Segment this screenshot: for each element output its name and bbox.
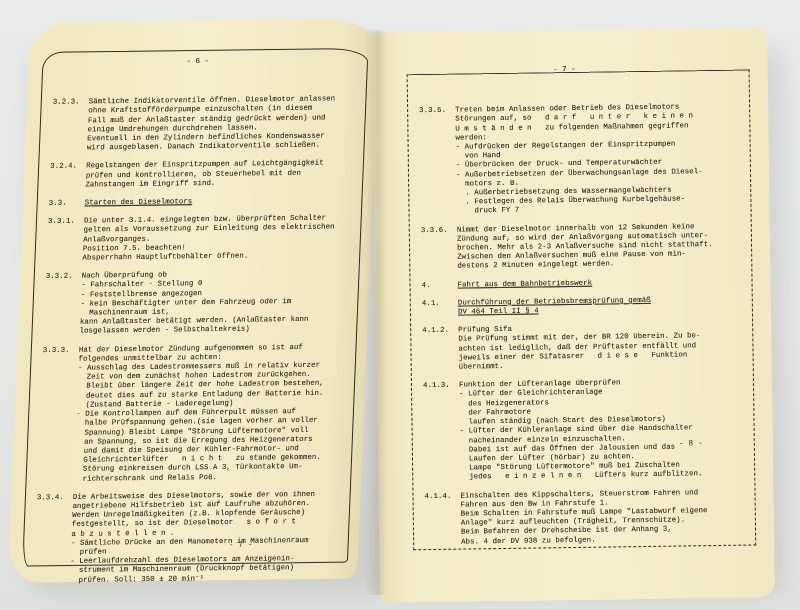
section-3-3-4: 3.3.4.Die Arbeitsweise des Dieselmotors,… — [33, 490, 324, 586]
section-3-3-6: 3.3.6.Nimmt der Dieselmotor innerhalb vo… — [421, 223, 713, 273]
text-line: wird ausgeblasen. Danach Indikatorventil… — [87, 142, 320, 153]
text-line: prüfen und kontrollieren, ob Steuerhebel… — [86, 169, 301, 180]
section-heading: Starten des Dieselmotors — [84, 198, 192, 207]
text-line: losgelassen werden - Selbsthaltekreis) — [79, 326, 250, 336]
text-line: jedes e i n z e l n e n Lüfters kurz auf… — [460, 471, 702, 482]
section-4-1: 4.1.Durchführung der Betriebsbremsprüfun… — [422, 296, 714, 318]
text-line: Anlaßvorganges. — [83, 235, 151, 244]
section-3-2-3: 3.2.3.Sämtliche Indikatorventile öffnen.… — [51, 95, 340, 154]
section-number: 4. — [422, 281, 458, 291]
text-line: Abs. 4 der DV 938 zu befolgen. — [461, 536, 596, 546]
text-line: - Aufdrücken der Regelstangen der Einspr… — [456, 141, 676, 152]
text-line: - Sämtliche Drücke an den Manometern im … — [71, 537, 309, 548]
section-3-3-1: 3.3.1.Die unter 3.1.4. eingelegten bzw. … — [46, 215, 335, 265]
text-line: - Lüfter der Kühleranlage sind über die … — [460, 425, 693, 436]
page-footer-number: - 7 - — [229, 541, 253, 550]
section-3-3-5: 3.3.5.Treten beim Anlassen oder Betrieb … — [419, 103, 712, 217]
section-number: 3.3.1. — [48, 218, 84, 228]
section-number: 4.1.2. — [422, 327, 458, 337]
section-3-3-2: 3.3.2.Nach Überprüfung ob- Fahrschalter … — [43, 270, 333, 338]
text-line: Hat der Dieselmotor Zündung aufgenommen … — [79, 344, 303, 355]
text-line: richterschrank und Relais Po6. — [73, 474, 217, 484]
text-line: - Lüfter der Gleichrichteranlage — [459, 389, 603, 399]
section-number: 4.1.3. — [423, 382, 459, 392]
text-line: Einschalten des Kippschalters, Steuerstr… — [460, 489, 698, 500]
text-line: Position 7.5. beachten! — [83, 244, 186, 253]
section-number: 4.1.4. — [424, 492, 460, 502]
text-line: Nach Überprüfung ob — [82, 272, 167, 281]
section-4-1-4: 4.1.4.Einschalten des Kippschalters, Ste… — [424, 489, 716, 548]
text-line: Fall muß der Anlaßtaster ständig gedrück… — [88, 114, 326, 125]
text-line: übernimmt. — [459, 363, 504, 372]
right-page: - 7 -3.3.5.Treten beim Anlassen oder Bet… — [372, 27, 775, 602]
text-line: motors z. B. — [456, 180, 519, 189]
text-line: a b z u s t e l l e n . — [71, 529, 174, 538]
section-number: 3.3.2. — [46, 273, 82, 283]
page-footer-number: - 8 - — [679, 439, 703, 448]
text-line: strument im Maschinenraum (Druckknopf be… — [70, 565, 294, 576]
text-line: Dabei ist auf das Öffnen der Jalousien u… — [460, 443, 675, 454]
text-line: gelten als Voraussetzung zur Einleitung … — [83, 224, 334, 235]
text-line: - kein Beschäftigter unter dem Fahrzeug … — [80, 298, 291, 309]
section-number: 3.3.6. — [421, 226, 457, 236]
section-3-3-3: 3.3.3.Hat der Dieselmotor Zündung aufgen… — [37, 343, 329, 485]
section-number: 3.2.4. — [50, 163, 86, 173]
text-line: der Fahrmotore — [459, 408, 531, 417]
right-page-content: - 7 -3.3.5.Treten beim Anlassen oder Bet… — [419, 64, 717, 557]
section-heading: Durchführung der Betriebsbremsprüfung ge… — [458, 297, 651, 308]
text-line: werden: — [455, 134, 487, 142]
section-3-3: 3.3.Starten des Dieselmotors — [48, 196, 335, 209]
text-line: druck FY 7 — [456, 207, 519, 216]
text-line: - Fahrschalter - Stellung 0 — [81, 281, 202, 290]
text-line: - Feststellbremse angezogen — [81, 290, 202, 299]
left-page: - 6 -3.2.3.Sämtliche Indikatorventile öf… — [8, 18, 380, 583]
section-number: 3.3. — [48, 200, 84, 210]
text-line: Maschinenraum ist, — [80, 309, 170, 318]
text-line: prüfen — [70, 548, 106, 556]
text-line: des Heizgenerators — [459, 399, 549, 408]
section-3-2-4: 3.2.4.Regelstangen der Einspritzpumpen a… — [49, 160, 337, 191]
section-4-1-2: 4.1.2.Prüfung SifaDie Prüfung stimmt mit… — [422, 323, 714, 373]
text-line: Zahnstangen im Eingriff sind. — [85, 180, 215, 190]
text-line: destens 2 Minuten eingelegt werden. — [457, 261, 614, 271]
text-line: deutet dies auf zu starke Entladung der … — [77, 389, 324, 400]
text-line: Beim Befahren der Drehscheibe ist der An… — [461, 526, 672, 537]
text-line: Prüfung Sifa — [458, 326, 512, 335]
left-page-content: - 6 -3.2.3.Sämtliche Indikatorventile öf… — [33, 56, 341, 595]
section-number: 4.1. — [422, 299, 458, 309]
page-header-number: - 7 - — [419, 64, 711, 77]
text-line: prüfen. Soll: 350 ± 20 min⁻¹ — [69, 575, 204, 585]
text-line: folgendes unmittelbar zu achten: — [78, 354, 222, 364]
section-4: 4.Fahrt aus dem Bahnbetriebswerk — [422, 278, 714, 291]
section-heading: Fahrt aus dem Bahnbetriebswerk — [458, 279, 593, 289]
text-line: von Hand — [456, 152, 501, 161]
section-number: 3.3.3. — [43, 346, 79, 356]
text-line: Störung einkreisen durch LSS A 3, Türkon… — [74, 463, 303, 474]
section-4-1-3: 4.1.3.Funktion der Lüfteranlage überprüf… — [423, 378, 716, 483]
text-line: festgestellt, so ist der Dieselmotor s o… — [72, 518, 296, 529]
book-gutter — [365, 30, 387, 595]
section-number: 3.2.3. — [53, 99, 89, 109]
section-number: 3.3.5. — [419, 107, 455, 117]
section-number: 3.3.4. — [37, 494, 73, 504]
text-line: Absperrhahn Hauptluftbehälter öffnen. — [82, 253, 248, 263]
